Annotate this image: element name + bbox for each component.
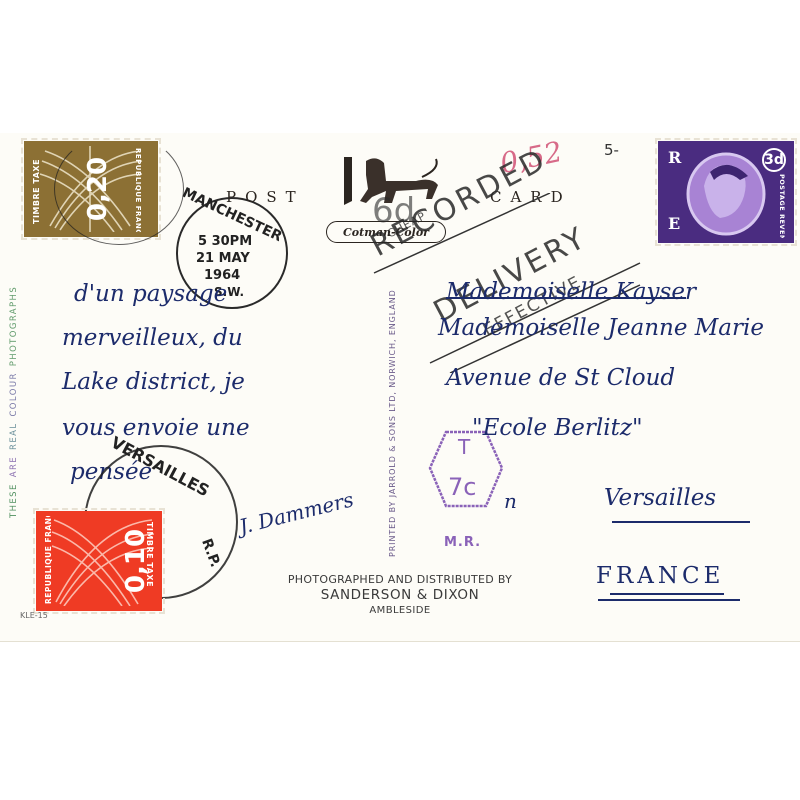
distributor-line: PHOTOGRAPHED AND DISTRIBUTED BY	[250, 573, 550, 586]
stamp-artwork: R E 3d POSTAGE REVENUE	[664, 146, 788, 238]
stamp-cypher-right: R	[668, 148, 681, 167]
stamp-country-text: REPUBLIQUE FRANCAISE	[44, 516, 53, 604]
underline	[610, 593, 724, 595]
postcard: TIMBRE TAXE REPUBLIQUE FRANCAISE 0,20 MA…	[0, 133, 800, 642]
underline	[598, 599, 740, 601]
real-colour-caption: THESEAREREALCOLOURPHOTOGRAPHS	[9, 280, 19, 518]
underline	[612, 521, 750, 523]
stamp-label: POSTAGE REVENUE	[778, 174, 786, 238]
printer-credit: PRINTED BY JARROLD & SONS LTD, NORWICH, …	[388, 289, 397, 557]
stamp-value: 3d	[762, 148, 786, 172]
address-line: Versailles	[604, 485, 716, 511]
caption-word: THESE	[9, 483, 19, 518]
catalog-code: KLE-15	[20, 611, 48, 620]
caption-word: REAL	[9, 423, 19, 450]
message-line: d'un paysage	[74, 281, 227, 307]
address-line: FRANCE	[596, 563, 724, 589]
address-line: Mademoiselle Kayser	[446, 279, 696, 305]
pencil-mark: 5-	[604, 141, 619, 159]
distributor-town: AMBLESIDE	[250, 605, 550, 616]
stamp-type-text: TIMBRE TAXE	[32, 159, 41, 224]
distributor-block: PHOTOGRAPHED AND DISTRIBUTED BY SANDERSO…	[250, 573, 550, 616]
tax-letter: T	[458, 435, 470, 459]
distributor-name: SANDERSON & DIXON	[250, 587, 550, 603]
postmark-ring-duplicate	[54, 133, 184, 245]
stamp-gb-wilding: R E 3d POSTAGE REVENUE	[658, 141, 794, 243]
postmark-time: 5 30PM	[198, 234, 252, 249]
address-line: Avenue de St Cloud	[446, 365, 675, 391]
post-word: POST	[226, 188, 305, 206]
stamp-cypher-left: E	[668, 214, 680, 233]
caption-word: PHOTOGRAPHS	[9, 286, 19, 366]
postmark-date: 21 MAY	[196, 251, 250, 266]
message-line: Lake district, je	[62, 369, 245, 395]
message-line: vous envoie une	[62, 415, 250, 441]
stamp-artwork: REPUBLIQUE FRANCAISE TIMBRE TAXE 0,10	[42, 516, 156, 606]
signature: J. Dammers	[237, 487, 356, 539]
address-line: "Ecole Berlitz"	[472, 415, 643, 441]
message-line: merveilleux, du	[62, 325, 243, 351]
address-prefix: n	[504, 489, 517, 513]
caption-word: ARE	[9, 456, 19, 477]
tax-amount: 7c	[448, 473, 476, 501]
stamp-value: 0,10	[121, 529, 151, 593]
caption-word: COLOUR	[9, 372, 19, 416]
strike-through	[446, 297, 686, 299]
tax-initials: M.R.	[444, 535, 481, 550]
address-line: Mademoiselle Jeanne Marie	[438, 315, 764, 341]
stamp-france-red: REPUBLIQUE FRANCAISE TIMBRE TAXE 0,10	[36, 511, 162, 611]
